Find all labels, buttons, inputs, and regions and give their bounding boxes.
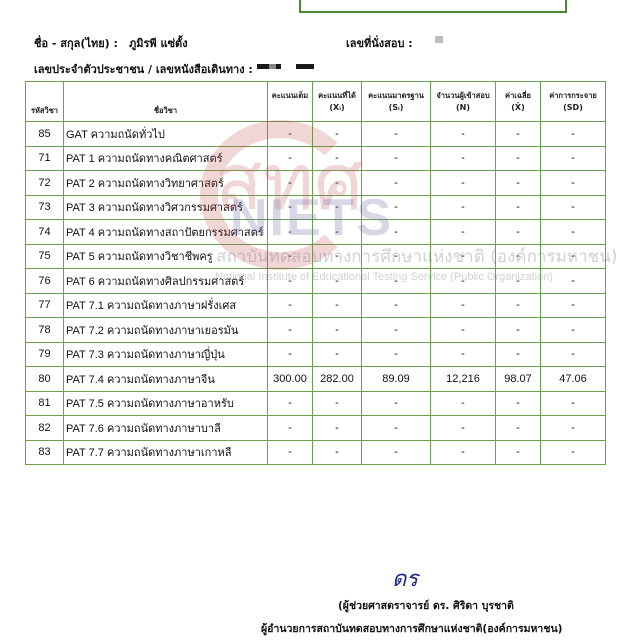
cell-standard-score: - [362, 269, 431, 294]
id-number-redacted-1 [257, 64, 269, 69]
cell-score: - [313, 416, 362, 441]
col-header-examinees: จำนวนผู้เข้าสอบ(N) [431, 82, 496, 122]
cell-subject: PAT 7.5 ความถนัดทางภาษาอาหรับ [64, 391, 268, 416]
cell-mean: - [496, 269, 541, 294]
cell-mean: - [496, 244, 541, 269]
cell-score: - [313, 195, 362, 220]
cell-examinees: - [431, 171, 496, 196]
cell-sd: - [541, 416, 606, 441]
cell-examinees: - [431, 146, 496, 171]
col-header-standard-score: คะแนนมาตรฐาน(Sᵢ) [362, 82, 431, 122]
cell-sd: - [541, 146, 606, 171]
cell-sd: - [541, 440, 606, 465]
cell-standard-score: - [362, 318, 431, 343]
cell-subject: PAT 7.2 ความถนัดทางภาษาเยอรมัน [64, 318, 268, 343]
cell-full-score: - [268, 391, 313, 416]
seat-number-redacted [435, 36, 443, 43]
cell-examinees: - [431, 244, 496, 269]
cell-mean: 98.07 [496, 367, 541, 392]
cell-subject: PAT 7.1 ความถนัดทางภาษาฝรั่งเศส [64, 293, 268, 318]
cell-mean: - [496, 146, 541, 171]
score-table: รหัสวิชา ชื่อวิชา คะแนนเต็ม คะแนนที่ได้(… [25, 81, 606, 465]
cell-full-score: - [268, 244, 313, 269]
cell-subject: PAT 5 ความถนัดทางวิชาชีพครู [64, 244, 268, 269]
table-row: 82PAT 7.6 ความถนัดทางภาษาบาลี------ [26, 416, 606, 441]
cell-full-score: - [268, 342, 313, 367]
cell-mean: - [496, 440, 541, 465]
cell-standard-score: - [362, 416, 431, 441]
cell-score: - [313, 244, 362, 269]
cell-examinees: - [431, 416, 496, 441]
cell-full-score: - [268, 171, 313, 196]
cell-sd: - [541, 195, 606, 220]
cell-code: 85 [26, 122, 64, 147]
cell-code: 73 [26, 195, 64, 220]
cell-score: 282.00 [313, 367, 362, 392]
cell-sd: 47.06 [541, 367, 606, 392]
table-row: 85GAT ความถนัดทั่วไป------ [26, 122, 606, 147]
cell-code: 76 [26, 269, 64, 294]
cell-code: 79 [26, 342, 64, 367]
table-row: 77PAT 7.1 ความถนัดทางภาษาฝรั่งเศส------ [26, 293, 606, 318]
director-signature: ดร [392, 561, 418, 596]
cell-subject: PAT 6 ความถนัดทางศิลปกรรมศาสตร์ [64, 269, 268, 294]
col-header-code: รหัสวิชา [26, 82, 64, 122]
table-row: 80PAT 7.4 ความถนัดทางภาษาจีน300.00282.00… [26, 367, 606, 392]
cell-mean: - [496, 318, 541, 343]
col-header-subject: ชื่อวิชา [64, 82, 268, 122]
col-header-score: คะแนนที่ได้(Xᵢ) [313, 82, 362, 122]
cell-subject: PAT 7.4 ความถนัดทางภาษาจีน [64, 367, 268, 392]
cell-score: - [313, 146, 362, 171]
cell-code: 83 [26, 440, 64, 465]
cell-code: 74 [26, 220, 64, 245]
table-row: 81PAT 7.5 ความถนัดทางภาษาอาหรับ------ [26, 391, 606, 416]
cell-sd: - [541, 269, 606, 294]
cell-score: - [313, 171, 362, 196]
cell-subject: PAT 7.6 ความถนัดทางภาษาบาลี [64, 416, 268, 441]
cell-full-score: - [268, 293, 313, 318]
cell-sd: - [541, 318, 606, 343]
cell-score: - [313, 342, 362, 367]
cell-sd: - [541, 391, 606, 416]
cell-mean: - [496, 391, 541, 416]
id-number-redacted-4 [296, 64, 314, 69]
table-row: 74PAT 4 ความถนัดทางสถาปัตยกรรมศาสตร์----… [26, 220, 606, 245]
cell-subject: PAT 3 ความถนัดทางวิศวกรรมศาสตร์ [64, 195, 268, 220]
cell-full-score: - [268, 146, 313, 171]
cell-standard-score: - [362, 122, 431, 147]
cell-subject: PAT 7.3 ความถนัดทางภาษาญี่ปุ่น [64, 342, 268, 367]
cell-mean: - [496, 171, 541, 196]
cell-code: 77 [26, 293, 64, 318]
cell-examinees: - [431, 122, 496, 147]
cell-score: - [313, 318, 362, 343]
cell-examinees: - [431, 318, 496, 343]
cell-standard-score: - [362, 293, 431, 318]
cell-full-score: - [268, 220, 313, 245]
cell-subject: PAT 2 ความถนัดทางวิทยาศาสตร์ [64, 171, 268, 196]
cell-full-score: 300.00 [268, 367, 313, 392]
col-header-mean: ค่าเฉลี่ย(X̄) [496, 82, 541, 122]
cell-full-score: - [268, 269, 313, 294]
cell-examinees: - [431, 342, 496, 367]
table-row: 79PAT 7.3 ความถนัดทางภาษาญี่ปุ่น------ [26, 342, 606, 367]
table-row: 83PAT 7.7 ความถนัดทางภาษาเกาหลี------ [26, 440, 606, 465]
cell-standard-score: - [362, 342, 431, 367]
cell-examinees: - [431, 391, 496, 416]
table-row: 78PAT 7.2 ความถนัดทางภาษาเยอรมัน------ [26, 318, 606, 343]
cell-full-score: - [268, 440, 313, 465]
cell-mean: - [496, 293, 541, 318]
cell-standard-score: - [362, 440, 431, 465]
cell-score: - [313, 293, 362, 318]
cell-score: - [313, 220, 362, 245]
cell-sd: - [541, 342, 606, 367]
id-number-redacted-2 [269, 64, 276, 69]
cell-full-score: - [268, 318, 313, 343]
cell-subject: PAT 1 ความถนัดทางคณิตศาสตร์ [64, 146, 268, 171]
id-number-redacted-3 [276, 64, 281, 69]
cell-sd: - [541, 293, 606, 318]
table-row: 76PAT 6 ความถนัดทางศิลปกรรมศาสตร์------ [26, 269, 606, 294]
cell-score: - [313, 269, 362, 294]
cell-examinees: 12,216 [431, 367, 496, 392]
cell-subject: PAT 7.7 ความถนัดทางภาษาเกาหลี [64, 440, 268, 465]
cell-sd: - [541, 122, 606, 147]
cell-code: 78 [26, 318, 64, 343]
col-header-full-score: คะแนนเต็ม [268, 82, 313, 122]
cell-standard-score: - [362, 220, 431, 245]
cell-examinees: - [431, 220, 496, 245]
cell-code: 72 [26, 171, 64, 196]
cell-subject: PAT 4 ความถนัดทางสถาปัตยกรรมศาสตร์ [64, 220, 268, 245]
cell-examinees: - [431, 269, 496, 294]
signer-title: ผู้อำนวยการสถาบันทดสอบทางการศึกษาแห่งชาต… [261, 620, 562, 637]
cell-mean: - [496, 195, 541, 220]
cell-code: 75 [26, 244, 64, 269]
cell-examinees: - [431, 195, 496, 220]
cell-score: - [313, 440, 362, 465]
cell-mean: - [496, 122, 541, 147]
signer-name: (ผู้ช่วยศาสตราจารย์ ดร. ศิริดา บุรชาติ [338, 597, 514, 614]
cell-sd: - [541, 220, 606, 245]
table-row: 71PAT 1 ความถนัดทางคณิตศาสตร์------ [26, 146, 606, 171]
cell-standard-score: - [362, 195, 431, 220]
cell-full-score: - [268, 122, 313, 147]
cell-sd: - [541, 171, 606, 196]
cell-standard-score: - [362, 146, 431, 171]
cell-subject: GAT ความถนัดทั่วไป [64, 122, 268, 147]
cell-standard-score: 89.09 [362, 367, 431, 392]
cell-examinees: - [431, 293, 496, 318]
cell-mean: - [496, 416, 541, 441]
cell-full-score: - [268, 195, 313, 220]
cell-sd: - [541, 244, 606, 269]
cell-full-score: - [268, 416, 313, 441]
cell-standard-score: - [362, 391, 431, 416]
cell-code: 81 [26, 391, 64, 416]
cell-score: - [313, 391, 362, 416]
name-value: ภูมิรพี แซ่ตั้ง [129, 34, 188, 52]
name-label: ชื่อ - สกุล(ไทย) : [34, 34, 118, 52]
top-title-box [299, 0, 567, 13]
cell-mean: - [496, 342, 541, 367]
cell-code: 80 [26, 367, 64, 392]
table-row: 73PAT 3 ความถนัดทางวิศวกรรมศาสตร์------ [26, 195, 606, 220]
seat-number-label: เลขที่นั่งสอบ : [346, 34, 413, 52]
cell-standard-score: - [362, 171, 431, 196]
id-number-label: เลขประจำตัวประชาชน / เลขหนังสือเดินทาง : [34, 60, 253, 78]
table-header-row: รหัสวิชา ชื่อวิชา คะแนนเต็ม คะแนนที่ได้(… [26, 82, 606, 122]
table-row: 72PAT 2 ความถนัดทางวิทยาศาสตร์------ [26, 171, 606, 196]
cell-code: 82 [26, 416, 64, 441]
table-row: 75PAT 5 ความถนัดทางวิชาชีพครู------ [26, 244, 606, 269]
cell-examinees: - [431, 440, 496, 465]
cell-code: 71 [26, 146, 64, 171]
cell-standard-score: - [362, 244, 431, 269]
cell-score: - [313, 122, 362, 147]
cell-mean: - [496, 220, 541, 245]
col-header-sd: ค่าการกระจาย(SD) [541, 82, 606, 122]
